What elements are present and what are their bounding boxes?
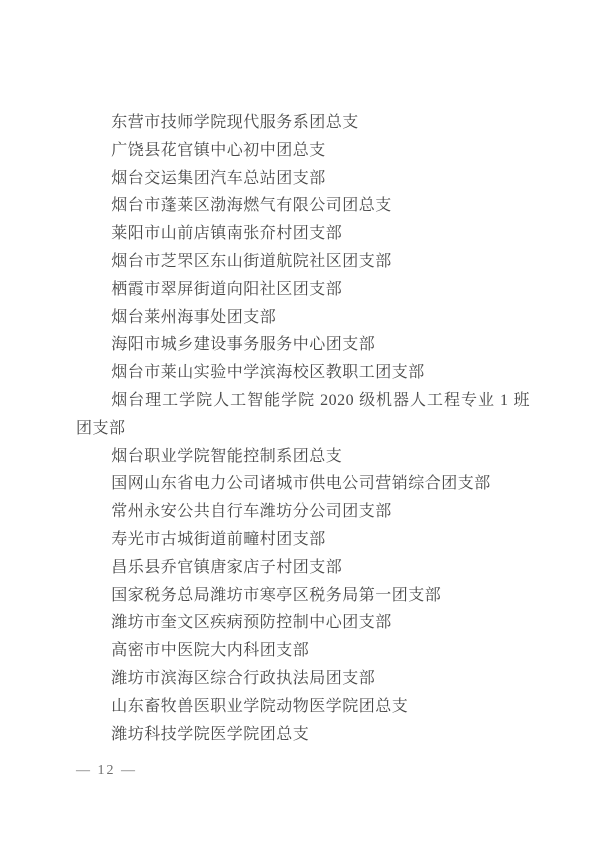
list-item: 烟台交运集团汽车总站团支部 (76, 165, 530, 193)
list-item: 烟台莱州海事处团支部 (76, 304, 530, 332)
list-item: 高密市中医院大内科团支部 (76, 637, 530, 665)
list-item: 广饶县花官镇中心初中团总支 (76, 137, 530, 165)
document-page: 东营市技师学院现代服务系团总支广饶县花官镇中心初中团总支烟台交运集团汽车总站团支… (0, 0, 600, 848)
list-item: 烟台市蓬莱区渤海燃气有限公司团总支 (76, 192, 530, 220)
list-item: 烟台职业学院智能控制系团总支 (76, 443, 530, 471)
list-item: 潍坊科技学院医学院团总支 (76, 721, 530, 749)
list-item: 栖霞市翠屏街道向阳社区团支部 (76, 276, 530, 304)
list-item: 潍坊市奎文区疾病预防控制中心团支部 (76, 609, 530, 637)
list-item: 山东畜牧兽医职业学院动物医学院团总支 (76, 693, 530, 721)
list-item: 潍坊市滨海区综合行政执法局团支部 (76, 665, 530, 693)
branch-list: 东营市技师学院现代服务系团总支广饶县花官镇中心初中团总支烟台交运集团汽车总站团支… (76, 109, 530, 748)
list-item: 昌乐县乔官镇唐家店子村团支部 (76, 554, 530, 582)
list-item: 烟台市芝罘区东山街道航院社区团支部 (76, 248, 530, 276)
page-number: — 12 — (76, 763, 137, 779)
list-item: 东营市技师学院现代服务系团总支 (76, 109, 530, 137)
list-item: 烟台理工学院人工智能学院 2020 级机器人工程专业 1 班团支部 (76, 387, 530, 443)
list-item: 常州永安公共自行车潍坊分公司团支部 (76, 498, 530, 526)
list-item: 烟台市莱山实验中学滨海校区教职工团支部 (76, 359, 530, 387)
list-item: 寿光市古城街道前疃村团支部 (76, 526, 530, 554)
list-item: 海阳市城乡建设事务服务中心团支部 (76, 331, 530, 359)
list-item: 国网山东省电力公司诸城市供电公司营销综合团支部 (76, 470, 530, 498)
list-item: 莱阳市山前店镇南张夼村团支部 (76, 220, 530, 248)
list-item: 国家税务总局潍坊市寒亭区税务局第一团支部 (76, 582, 530, 610)
